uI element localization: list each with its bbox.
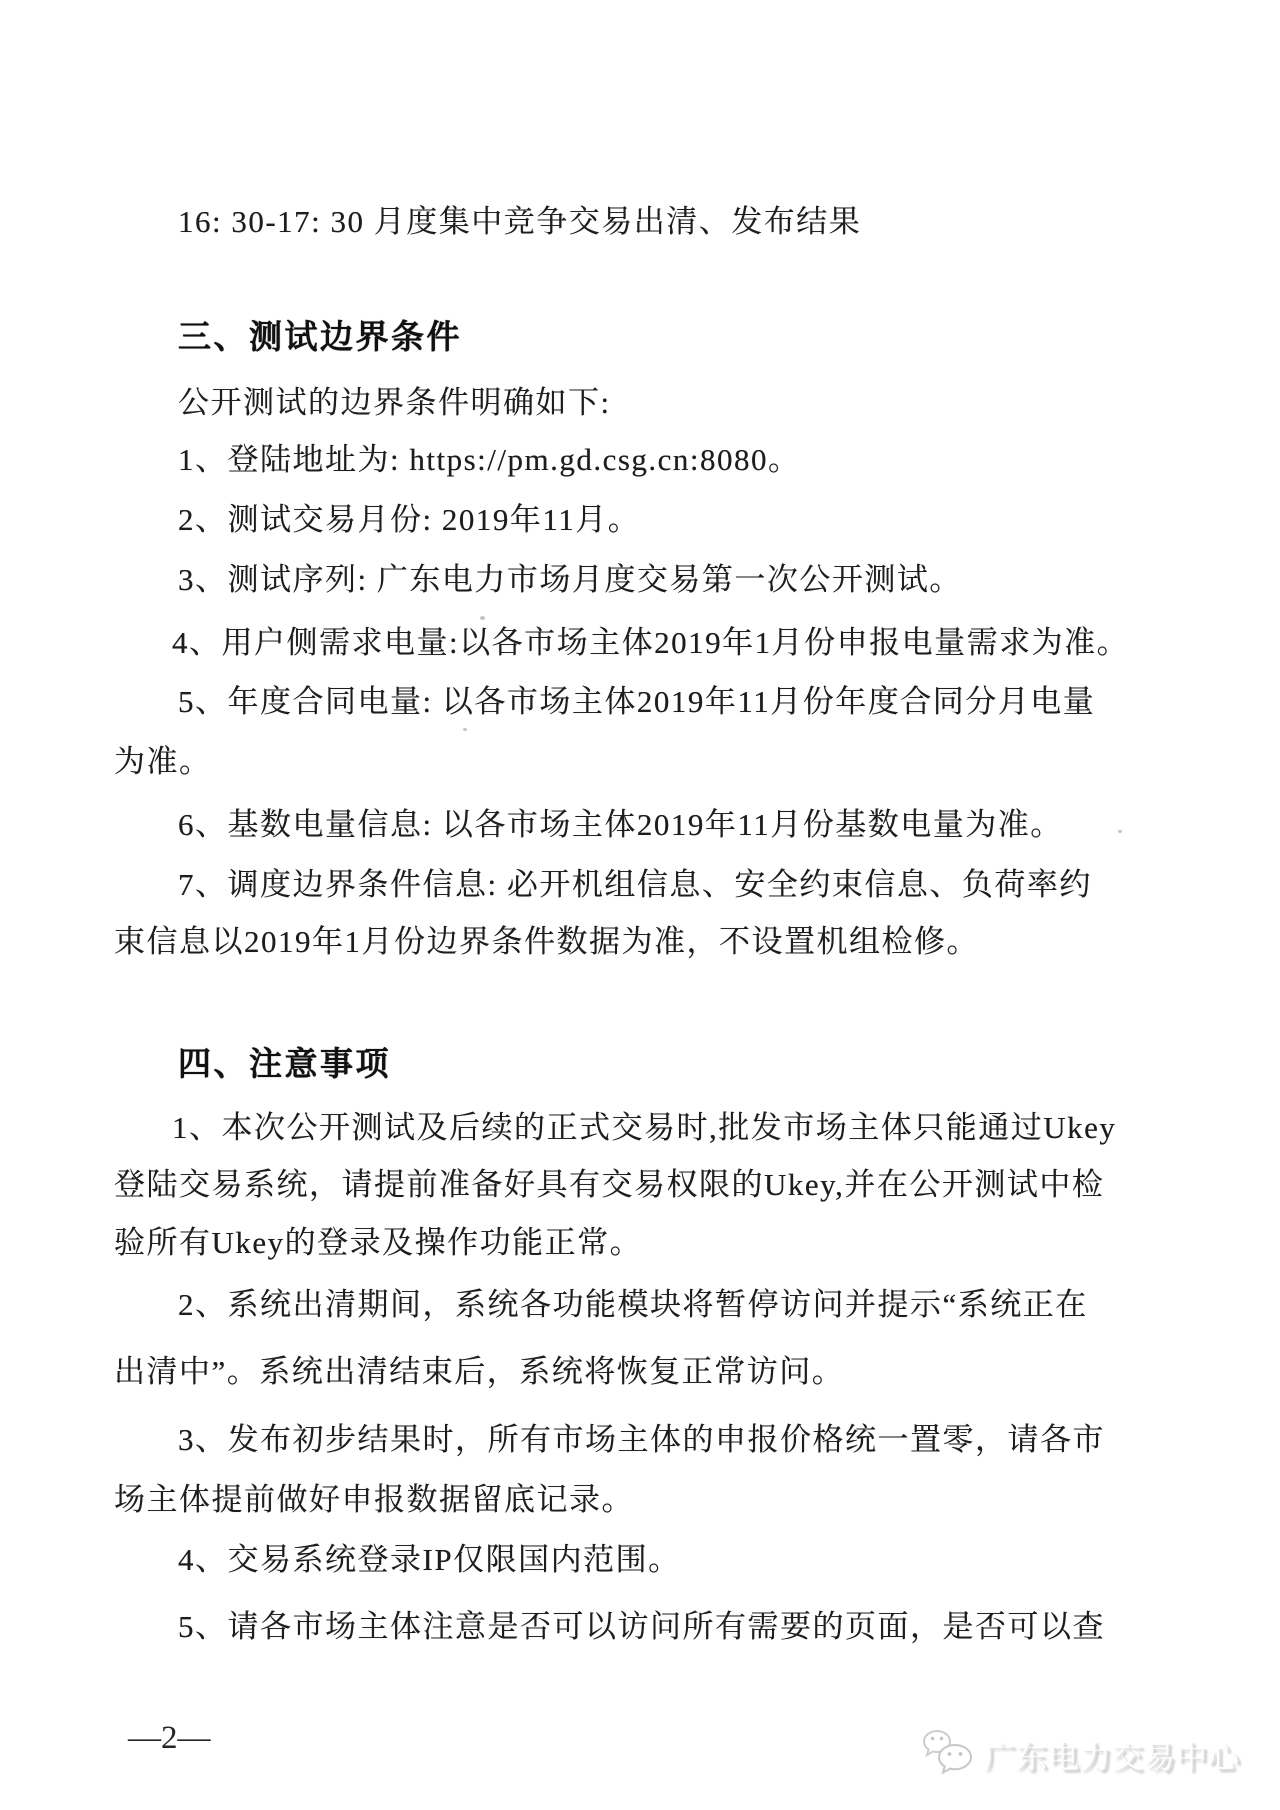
boundary-item-2: 2、测试交易月份: 2019年11月。 bbox=[178, 500, 640, 540]
notice-item-1-line-2: 登陆交易系统，请提前准备好具有交易权限的Ukey,并在公开测试中检 bbox=[114, 1165, 1104, 1205]
watermark: 广东电力交易中心 bbox=[922, 1728, 1240, 1780]
boundary-item-1: 1、登陆地址为: https://pm.gd.csg.cn:8080。 bbox=[178, 440, 801, 480]
boundary-item-5-line-2: 为准。 bbox=[114, 742, 212, 782]
notice-item-1-line-3: 验所有Ukey的登录及操作功能正常。 bbox=[114, 1223, 642, 1263]
boundary-item-4: 4、用户侧需求电量:以各市场主体2019年1月份申报电量需求为准。 bbox=[172, 623, 1129, 663]
notice-item-3-line-1: 3、发布初步结果时，所有市场主体的申报价格统一置零，请各市 bbox=[178, 1420, 1105, 1460]
notice-item-4: 4、交易系统登录IP仅限国内范围。 bbox=[178, 1540, 681, 1580]
boundary-item-5-line-1: 5、年度合同电量: 以各市场主体2019年11月份年度合同分月电量 bbox=[178, 682, 1095, 722]
boundary-item-3: 3、测试序列: 广东电力市场月度交易第一次公开测试。 bbox=[178, 560, 962, 600]
boundary-item-6: 6、基数电量信息: 以各市场主体2019年11月份基数电量为准。 bbox=[178, 805, 1063, 845]
notice-item-2-line-2: 出清中”。系统出清结束后，系统将恢复正常访问。 bbox=[114, 1352, 844, 1392]
schedule-line: 16: 30-17: 30 月度集中竞争交易出清、发布结果 bbox=[178, 202, 861, 242]
boundary-item-7-line-2: 束信息以2019年1月份边界条件数据为准，不设置机组检修。 bbox=[114, 922, 979, 962]
watermark-text: 广东电力交易中心 bbox=[984, 1732, 1240, 1777]
scan-speck bbox=[480, 616, 485, 620]
boundary-item-7-line-1: 7、调度边界条件信息: 必开机组信息、安全约束信息、负荷率约 bbox=[178, 865, 1092, 905]
section-3-intro: 公开测试的边界条件明确如下: bbox=[178, 383, 611, 423]
scan-speck bbox=[1118, 830, 1122, 833]
section-heading-4: 四、注意事项 bbox=[178, 1045, 391, 1085]
wechat-icon bbox=[922, 1729, 974, 1779]
page-number: —2— bbox=[128, 1718, 211, 1758]
notice-item-1-line-1: 1、本次公开测试及后续的正式交易时,批发市场主体只能通过Ukey bbox=[172, 1108, 1116, 1148]
scanned-document-page: 16: 30-17: 30 月度集中竞争交易出清、发布结果 三、测试边界条件 公… bbox=[0, 0, 1280, 1810]
section-heading-3: 三、测试边界条件 bbox=[178, 318, 462, 358]
scan-speck bbox=[463, 728, 467, 731]
notice-item-3-line-2: 场主体提前做好申报数据留底记录。 bbox=[114, 1480, 634, 1520]
notice-item-2-line-1: 2、系统出清期间，系统各功能模块将暂停访问并提示“系统正在 bbox=[178, 1285, 1088, 1325]
notice-item-5-line-1: 5、请各市场主体注意是否可以访问所有需要的页面，是否可以查 bbox=[178, 1607, 1105, 1647]
